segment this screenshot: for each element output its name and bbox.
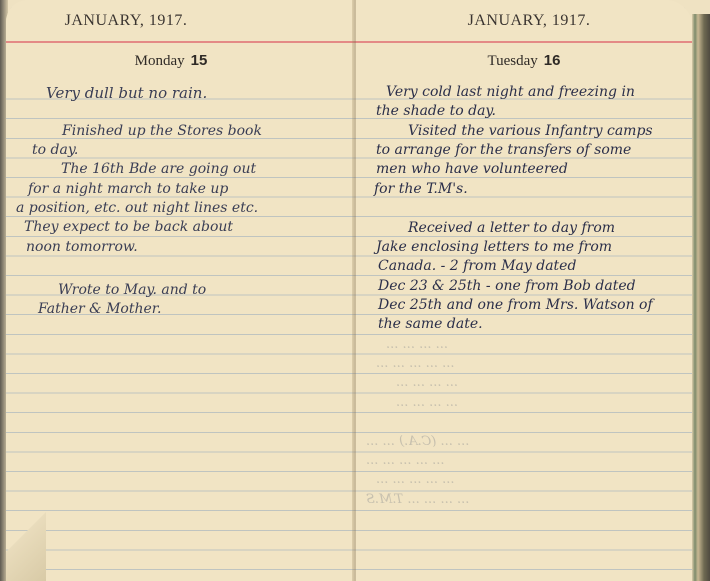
entry-line: Dec 25th and one from Mrs. Watson of <box>378 296 653 316</box>
right-page-header: JANUARY, 1917. <box>361 12 697 30</box>
page-corner-fold <box>6 505 46 581</box>
entry-line: the same date. <box>378 315 483 335</box>
entry-line: Visited the various Infantry camps <box>408 122 653 142</box>
bleed-through-text: ... ... (C.A.) ... ... <box>366 432 469 452</box>
bleed-through-text: ... ... ... ... ... <box>376 354 455 374</box>
bleed-through-text: ... ... ... ... ... <box>366 451 445 471</box>
day-name: Tuesday <box>488 53 538 69</box>
diary-spread: JANUARY, 1917. Monday15 Very dull but no… <box>0 0 710 581</box>
left-page-header: JANUARY, 1917. <box>0 12 301 30</box>
entry-line: Dec 23 & 25th - one from Bob dated <box>378 277 636 297</box>
day-number: 16 <box>544 52 561 69</box>
entry-line: Received a letter to day from <box>408 219 615 239</box>
entry-line: Very cold last night and freezing in <box>386 83 635 103</box>
entry-line: to arrange for the transfers of some <box>376 141 631 161</box>
book-right-edge <box>692 14 710 581</box>
entry-line: the shade to day. <box>376 102 496 122</box>
right-page: JANUARY, 1917. Tuesday16 Very cold last … <box>356 0 692 581</box>
entry-line: Jake enclosing letters to me from <box>376 238 612 258</box>
entry-line: Wrote to May. and to <box>58 281 206 301</box>
bleed-through-text: ... ... ... ... ... <box>376 470 455 490</box>
day-name: Monday <box>135 53 185 69</box>
entry-line: a position, etc. out night lines etc. <box>16 199 258 219</box>
left-page: JANUARY, 1917. Monday15 Very dull but no… <box>6 0 356 581</box>
entry-line: Father & Mother. <box>38 300 161 320</box>
entry-line: for the T.M's. <box>374 180 468 200</box>
bleed-through-text: ... ... ... ... T.M.S <box>366 490 469 510</box>
bleed-through-text: ... ... ... ... <box>396 373 458 393</box>
left-day-label: Monday15 <box>0 52 346 70</box>
entry-line: The 16th Bde are going out <box>61 160 256 180</box>
entry-line: They expect to be back about <box>24 218 233 238</box>
red-rule <box>356 41 692 43</box>
entry-line: for a night march to take up <box>28 180 228 200</box>
entry-line: Very dull but no rain. <box>46 84 207 104</box>
right-day-label: Tuesday16 <box>356 52 692 70</box>
entry-line: to day. <box>32 141 78 161</box>
entry-line: Finished up the Stores book <box>62 122 262 142</box>
day-number: 15 <box>191 52 208 69</box>
bleed-through-text: ... ... ... ... <box>396 393 458 413</box>
bleed-through-text: ... ... ... ... <box>386 335 448 355</box>
entry-line: men who have volunteered <box>376 160 568 180</box>
red-rule <box>6 41 356 43</box>
entry-line: noon tomorrow. <box>26 238 138 258</box>
entry-line: Canada. - 2 from May dated <box>378 257 576 277</box>
